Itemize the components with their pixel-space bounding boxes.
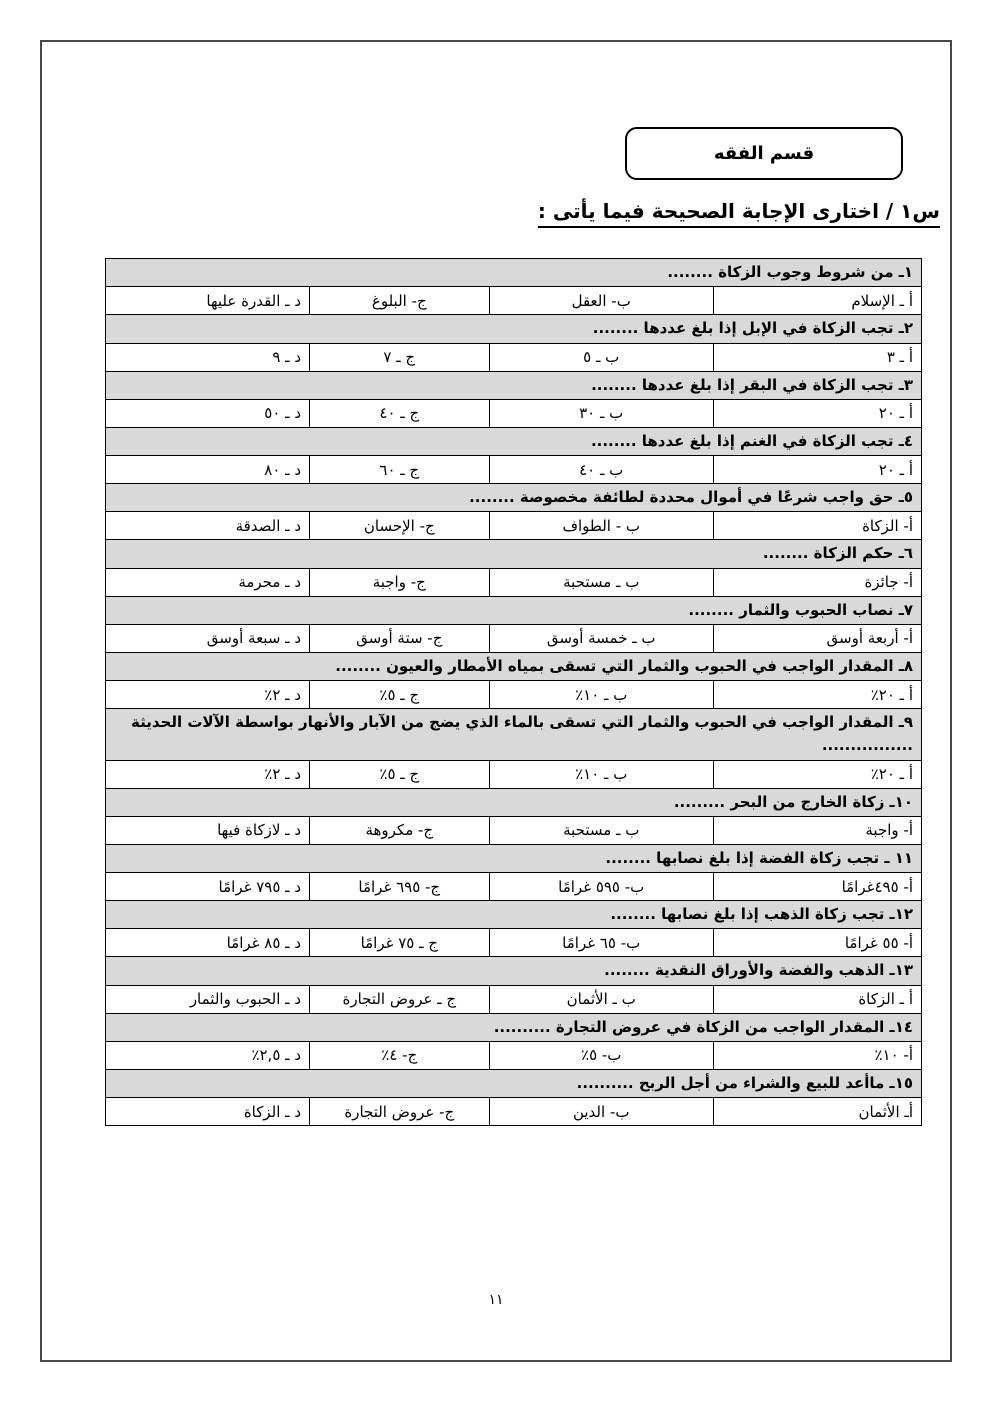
question-12-options-row: أ- ٥٥ غرامًاب- ٦٥ غرامًاج ـ ٧٥ غرامًاد ـ… [106, 929, 922, 957]
question-14-options-row: أ- ١٠٪ب- ٥٪ج- ٤٪د ـ ٢,٥٪ [106, 1041, 922, 1069]
question-7-option-b: ب ـ خمسة أوسق [489, 624, 713, 652]
question-7-option-a: أ- أربعة أوسق [713, 624, 921, 652]
question-6-header-row: ٦ـ حكم الزكاة ........ [106, 540, 922, 568]
question-10-options-row: أ- واجبةب ـ مستحبةج- مكروهةد ـ لازكاة في… [106, 816, 922, 844]
question-15-text: ١٥ـ ماأعد للبيع والشراء من أجل الربح ...… [106, 1069, 922, 1097]
question-4-text: ٤ـ تجب الزكاة في الغنم إذا بلغ عددها ...… [106, 427, 922, 455]
question-3-option-b: ب ـ ٣٠ [489, 399, 713, 427]
section-header-label: قسم الفقه [714, 143, 814, 164]
question-7-option-d: د ـ سبعة أوسق [106, 624, 310, 652]
question-4-option-c: ج ـ ٦٠ [310, 456, 490, 484]
question-10-option-a: أ- واجبة [713, 816, 921, 844]
question-13-option-a: أ ـ الزكاة [713, 985, 921, 1013]
question-5-option-c: ج- الإحسان [310, 512, 490, 540]
question-6-option-d: د ـ محرمة [106, 568, 310, 596]
question-15-options-row: أـ الأثمانب- الدينج- عروض التجارةد ـ الز… [106, 1098, 922, 1126]
question-14-option-c: ج- ٤٪ [310, 1041, 490, 1069]
question-15-option-b: ب- الدين [489, 1098, 713, 1126]
question-12-text: ١٢ـ تجب زكاة الذهب إذا بلغ نصابها ......… [106, 901, 922, 929]
question-5-options-row: أ- الزكاةب - الطوافج- الإحساند ـ الصدقة [106, 512, 922, 540]
question-6-option-b: ب ـ مستحبة [489, 568, 713, 596]
question-13-header-row: ١٣ـ الذهب والفضة والأوراق النقدية ......… [106, 957, 922, 985]
question-15-option-d: د ـ الزكاة [106, 1098, 310, 1126]
question-8-option-b: ب ـ ١٠٪ [489, 681, 713, 709]
question-8-option-c: ج ـ ٥٪ [310, 681, 490, 709]
question-1-option-b: ب- العقل [489, 287, 713, 315]
question-5-text: ٥ـ حق واجب شرعًا في أموال محددة لطائفة م… [106, 484, 922, 512]
question-4-header-row: ٤ـ تجب الزكاة في الغنم إذا بلغ عددها ...… [106, 427, 922, 455]
question-12-option-a: أ- ٥٥ غرامًا [713, 929, 921, 957]
question-2-text: ٢ـ تجب الزكاة في الإبل إذا بلغ عددها ...… [106, 315, 922, 343]
question-14-option-b: ب- ٥٪ [489, 1041, 713, 1069]
question-13-option-b: ب ـ الأثمان [489, 985, 713, 1013]
question-11-options-row: أ- ٤٩٥غرامًاب- ٥٩٥ غرامًاج- ٦٩٥ غرامًاد … [106, 873, 922, 901]
quiz-table: ١ـ من شروط وجوب الزكاة ........أ ـ الإسل… [105, 258, 922, 1126]
question-4-option-b: ب ـ ٤٠ [489, 456, 713, 484]
question-11-text: ١١ ـ تجب زكاة الفضة إذا بلغ نصابها .....… [106, 844, 922, 872]
question-13-option-d: د ـ الحبوب والثمار [106, 985, 310, 1013]
section-header-box: قسم الفقه [625, 127, 903, 180]
question-9-text: ٩ـ المقدار الواجب في الحبوب والثمار التي… [106, 709, 922, 761]
question-10-header-row: ١٠ـ زكاة الخارج من البحر ......... [106, 788, 922, 816]
question-5-option-b: ب - الطواف [489, 512, 713, 540]
question-4-option-a: أ ـ ٢٠ [713, 456, 921, 484]
question-11-option-a: أ- ٤٩٥غرامًا [713, 873, 921, 901]
question-3-options-row: أ ـ ٢٠ب ـ ٣٠ج ـ ٤٠د ـ ٥٠ [106, 399, 922, 427]
question-15-option-a: أـ الأثمان [713, 1098, 921, 1126]
question-9-header-row: ٩ـ المقدار الواجب في الحبوب والثمار التي… [106, 709, 922, 761]
question-14-option-d: د ـ ٢,٥٪ [106, 1041, 310, 1069]
question-4-options-row: أ ـ ٢٠ب ـ ٤٠ج ـ ٦٠د ـ ٨٠ [106, 456, 922, 484]
question-9-option-a: أ ـ ٢٠٪ [713, 760, 921, 788]
question-11-header-row: ١١ ـ تجب زكاة الفضة إذا بلغ نصابها .....… [106, 844, 922, 872]
question-3-text: ٣ـ تجب الزكاة في البقر إذا بلغ عددها ...… [106, 371, 922, 399]
question-15-header-row: ١٥ـ ماأعد للبيع والشراء من أجل الربح ...… [106, 1069, 922, 1097]
question-1-option-d: د ـ القدرة عليها [106, 287, 310, 315]
question-5-option-d: د ـ الصدقة [106, 512, 310, 540]
question-13-text: ١٣ـ الذهب والفضة والأوراق النقدية ......… [106, 957, 922, 985]
question-3-option-d: د ـ ٥٠ [106, 399, 310, 427]
question-11-option-c: ج- ٦٩٥ غرامًا [310, 873, 490, 901]
question-8-header-row: ٨ـ المقدار الواجب في الحبوب والثمار التي… [106, 652, 922, 680]
question-2-header-row: ٢ـ تجب الزكاة في الإبل إذا بلغ عددها ...… [106, 315, 922, 343]
question-8-option-d: د ـ ٢٪ [106, 681, 310, 709]
question-7-header-row: ٧ـ نصاب الحبوب والثمار ........ [106, 596, 922, 624]
question-2-option-c: ج ـ ٧ [310, 343, 490, 371]
question-6-option-c: ج- واجبة [310, 568, 490, 596]
question-10-option-c: ج- مكروهة [310, 816, 490, 844]
question-7-text: ٧ـ نصاب الحبوب والثمار ........ [106, 596, 922, 624]
question-1-header-row: ١ـ من شروط وجوب الزكاة ........ [106, 259, 922, 287]
question-6-options-row: أ- جائزةب ـ مستحبةج- واجبةد ـ محرمة [106, 568, 922, 596]
question-7-options-row: أ- أربعة أوسقب ـ خمسة أوسقج- ستة أوسقد ـ… [106, 624, 922, 652]
question-11-option-d: د ـ ٧٩٥ غرامًا [106, 873, 310, 901]
question-9-options-row: أ ـ ٢٠٪ب ـ ١٠٪ج ـ ٥٪د ـ ٢٪ [106, 760, 922, 788]
question-7-option-c: ج- ستة أوسق [310, 624, 490, 652]
question-12-option-c: ج ـ ٧٥ غرامًا [310, 929, 490, 957]
question-5-header-row: ٥ـ حق واجب شرعًا في أموال محددة لطائفة م… [106, 484, 922, 512]
question-10-option-d: د ـ لازكاة فيها [106, 816, 310, 844]
question-8-option-a: أ ـ ٢٠٪ [713, 681, 921, 709]
question-12-option-b: ب- ٦٥ غرامًا [489, 929, 713, 957]
question-5-option-a: أ- الزكاة [713, 512, 921, 540]
question-1-options-row: أ ـ الإسلامب- العقلج- البلوغد ـ القدرة ع… [106, 287, 922, 315]
page-number: ١١ [0, 1292, 992, 1308]
question-8-options-row: أ ـ ٢٠٪ب ـ ١٠٪ج ـ ٥٪د ـ ٢٪ [106, 681, 922, 709]
question-1-option-c: ج- البلوغ [310, 287, 490, 315]
question-14-text: ١٤ـ المقدار الواجب من الزكاة في عروض الت… [106, 1013, 922, 1041]
question-1-option-a: أ ـ الإسلام [713, 287, 921, 315]
question-8-text: ٨ـ المقدار الواجب في الحبوب والثمار التي… [106, 652, 922, 680]
question-2-options-row: أ ـ ٣ب ـ ٥ج ـ ٧د ـ ٩ [106, 343, 922, 371]
question-9-option-b: ب ـ ١٠٪ [489, 760, 713, 788]
question-9-option-c: ج ـ ٥٪ [310, 760, 490, 788]
question-14-option-a: أ- ١٠٪ [713, 1041, 921, 1069]
document-page: قسم الفقه س١ / اختارى الإجابة الصحيحة في… [0, 0, 992, 1403]
question-4-option-d: د ـ ٨٠ [106, 456, 310, 484]
question-9-option-d: د ـ ٢٪ [106, 760, 310, 788]
question-6-option-a: أ- جائزة [713, 568, 921, 596]
instruction-title: س١ / اختارى الإجابة الصحيحة فيما يأتى : [538, 199, 940, 228]
question-11-option-b: ب- ٥٩٥ غرامًا [489, 873, 713, 901]
question-15-option-c: ج- عروض التجارة [310, 1098, 490, 1126]
question-2-option-a: أ ـ ٣ [713, 343, 921, 371]
question-2-option-d: د ـ ٩ [106, 343, 310, 371]
question-2-option-b: ب ـ ٥ [489, 343, 713, 371]
question-12-header-row: ١٢ـ تجب زكاة الذهب إذا بلغ نصابها ......… [106, 901, 922, 929]
question-13-options-row: أ ـ الزكاةب ـ الأثمانج ـ عروض التجارةد ـ… [106, 985, 922, 1013]
question-14-header-row: ١٤ـ المقدار الواجب من الزكاة في عروض الت… [106, 1013, 922, 1041]
question-3-option-a: أ ـ ٢٠ [713, 399, 921, 427]
question-10-option-b: ب ـ مستحبة [489, 816, 713, 844]
question-13-option-c: ج ـ عروض التجارة [310, 985, 490, 1013]
question-3-header-row: ٣ـ تجب الزكاة في البقر إذا بلغ عددها ...… [106, 371, 922, 399]
question-3-option-c: ج ـ ٤٠ [310, 399, 490, 427]
question-10-text: ١٠ـ زكاة الخارج من البحر ......... [106, 788, 922, 816]
question-1-text: ١ـ من شروط وجوب الزكاة ........ [106, 259, 922, 287]
question-12-option-d: د ـ ٨٥ غرامًا [106, 929, 310, 957]
question-6-text: ٦ـ حكم الزكاة ........ [106, 540, 922, 568]
